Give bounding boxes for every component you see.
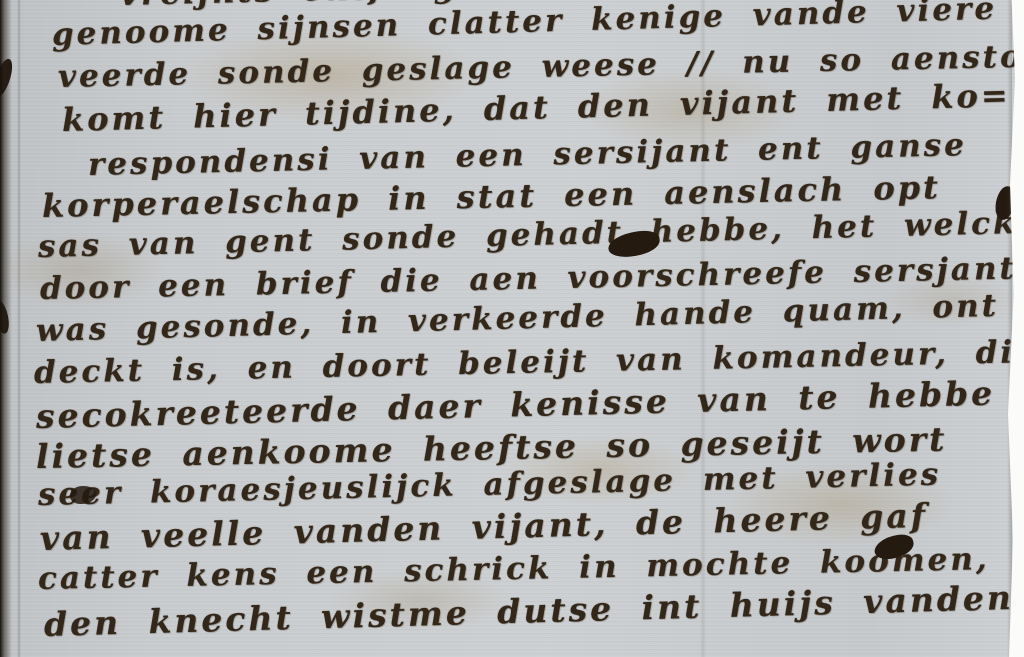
- manuscript-page: vreijnts ontfangs genoome sijnsen clatte…: [0, 0, 1024, 657]
- paper-fold-crease: [17, 0, 21, 657]
- paper-edge-left: [0, 0, 12, 657]
- paper-edge-shadow: [1007, 0, 1012, 657]
